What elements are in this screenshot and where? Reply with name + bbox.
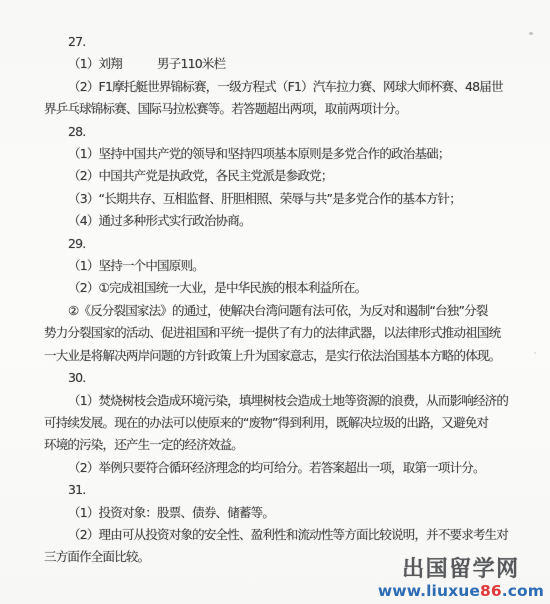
text-line: 可持续发展。现在的办法可以使原来的“废物”得到利用，既解决垃圾的出路，又避免对 (44, 412, 520, 434)
text-line: 27. (44, 31, 520, 53)
text-line: 势力分裂国家的活动、促进祖国和平统一提供了有力的法律武器，以法律形式推动祖国统 (44, 322, 520, 344)
text-line: 一大业是将解决两岸问题的方针政策上升为国家意志，是实行依法治国基本方略的体现。 (44, 345, 520, 367)
text-line: 界乒乓球锦标赛、国际马拉松赛等。若答题超出两项，取前两项计分。 (44, 98, 520, 120)
text-line: （2）①完成祖国统一大业，是中华民族的根本利益所在。 (44, 277, 520, 299)
text-line: （3）“长期共存、互相监督、肝胆相照、荣辱与共”是多党合作的基本方针； (44, 188, 520, 210)
text-line: 30. (44, 367, 520, 389)
text-line: （2）中国共产党是执政党，各民主党派是参政党； (44, 165, 520, 187)
text-line: （1）坚持一个中国原则。 (44, 255, 520, 277)
scan-artifact (529, 32, 533, 35)
text-line: （1）刘翔 男子110米栏 (44, 53, 520, 75)
text-line: 29. (44, 233, 520, 255)
text-line: （1）坚持中国共产党的领导和坚持四项基本原则是多党合作的政治基础； (44, 143, 520, 165)
text-line: （2）举例只要符合循环经济理念的均可给分。若答案超出一项，取第一项计分。 (44, 457, 520, 479)
text-line: （4）通过多种形式实行政治协商。 (44, 210, 520, 232)
document-page: 27.（1）刘翔 男子110米栏（2）F1摩托艇世界锦标赛，一级方程式（F1）汽… (0, 0, 550, 604)
document-text: 27.（1）刘翔 男子110米栏（2）F1摩托艇世界锦标赛，一级方程式（F1）汽… (44, 31, 520, 569)
text-line: （1）投资对象：股票、债券、储蓄等。 (44, 502, 520, 524)
text-line: （2）F1摩托艇世界锦标赛，一级方程式（F1）汽车拉力赛、网球大师杯赛、48届世 (44, 76, 520, 98)
text-line: ②《反分裂国家法》的通过，使解决台湾问题有法可依，为反对和遏制“台独”分裂 (44, 300, 520, 322)
watermark-url-number: 86 (480, 582, 502, 600)
text-line: 环境的污染，还产生一定的经济效益。 (44, 434, 520, 456)
text-line: 31. (44, 479, 520, 501)
text-line: （1）焚烧树枝会造成环境污染，填埋树枝会造成土地等资源的浪费，从而影响经济的 (44, 390, 520, 412)
watermark-site-name: 出国留学网 (378, 559, 544, 581)
text-line: 28. (44, 121, 520, 143)
watermark-url-suffix: .com (502, 582, 544, 600)
watermark: 出国留学网 www.liuxue86.com (378, 559, 544, 600)
watermark-url: www.liuxue86.com (378, 584, 544, 600)
scan-artifact (534, 352, 536, 354)
text-line: （2）理由可从投资对象的安全性、盈利性和流动性等方面比较说明，并不要求考生对 (44, 524, 520, 546)
watermark-url-prefix: www.liuxue (378, 582, 480, 600)
